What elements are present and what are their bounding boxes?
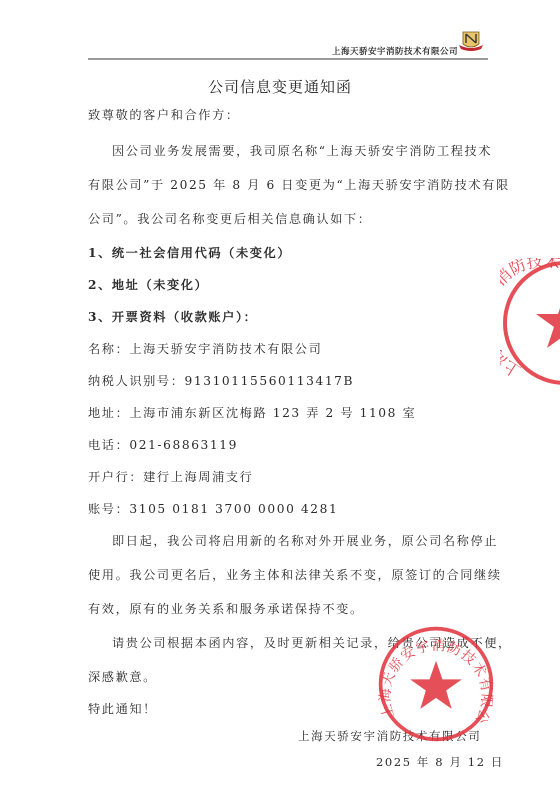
letterhead: 上海天骄安宇消防技术有限公司: [88, 30, 488, 62]
billing-address: 地址：上海市浦东新区沈梅路 123 弄 2 号 1108 室: [88, 404, 416, 421]
intro-line-1: 因公司业务发展需要，我司原名称“上海天骄安宇消防工程技术: [112, 142, 492, 159]
billing-account: 账号：3105 0181 3700 0000 4281: [88, 500, 338, 517]
item-billing: 3、开票资料（收款账户）：: [88, 308, 257, 325]
billing-bank: 开户行：建行上海周浦支行: [88, 468, 253, 485]
item-credit-code: 1、统一社会信用代码（未变化）: [88, 244, 291, 261]
body2-line-3: 有效，原有的业务关系和服务承诺保持不变。: [88, 600, 364, 617]
signature-company: 上海天骄安宇消防技术有限公司: [298, 728, 481, 744]
billing-name: 名称：上海天骄安宇消防技术有限公司: [88, 340, 322, 357]
item-address: 2、地址（未变化）: [88, 276, 208, 293]
svg-text:上海天骄安宇消防技术有限公司: 上海天骄安宇消防技术有限公司: [500, 258, 560, 381]
letterhead-company-name: 上海天骄安宇消防技术有限公司: [332, 45, 458, 57]
body3-line-1: 请贵公司根据本函内容，及时更新相关记录，给贵公司造成不便，: [112, 634, 512, 651]
intro-line-3: 公司”。我公司名称变更后相关信息确认如下：: [88, 210, 372, 227]
billing-phone: 电话：021-68863119: [88, 436, 238, 453]
closing: 特此通知！: [88, 700, 157, 717]
salutation: 致尊敬的客户和合作方：: [88, 106, 240, 123]
body3-line-2: 深感歉意。: [88, 668, 157, 685]
billing-tax-id: 纳税人识别号：91310115560113417B: [88, 372, 354, 389]
body2-line-2: 使用。我公司更名后，业务主体和法律关系不变，原签订的合同继续: [88, 566, 502, 583]
seam-stamp-icon: 上海天骄安宇消防技术有限公司: [500, 258, 560, 388]
company-shield-logo-icon: [458, 30, 484, 54]
signature-date: 2025 年 8 月 12 日: [376, 754, 504, 770]
header-divider: [88, 58, 488, 60]
document-title: 公司信息变更通知函: [0, 76, 560, 97]
body2-line-1: 即日起，我公司将启用新的名称对外开展业务，原公司名称停止: [112, 532, 498, 549]
intro-line-2: 有限公司”于 2025 年 8 月 6 日变更为“上海天骄安宇消防技术有限: [88, 176, 510, 193]
